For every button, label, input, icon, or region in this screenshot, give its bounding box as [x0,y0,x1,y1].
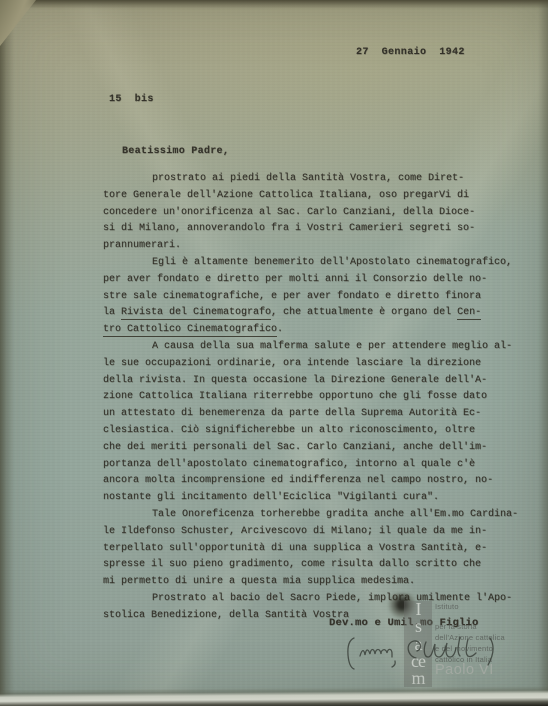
letter-line: della rivista. In questa occasione la Di… [103,373,527,390]
protocol-number: 15 bis [109,94,154,105]
letter-line: terpellato sull'opportunità di una suppl… [103,541,527,558]
scan-top-edge [0,0,548,9]
letter-line: concedere un'onorificenza al Sac. Carlo … [103,205,527,222]
letter-date: 27 Gennaio 1942 [356,47,465,58]
letter-line: A causa della sua malferma salute e per … [103,339,527,356]
letter-line: un attestato di benemerenza da parte del… [103,406,527,423]
letter-line: che dei meriti personali del Sac. Carlo … [103,440,527,457]
letter-line: spresse il suo pieno gradimento, come ri… [103,557,527,574]
stamp-line: cattolico in Italia [435,655,492,665]
stamp-line: dell'Azione cattolica [435,633,505,643]
letter-line: nostante gli incitamento dell'Eciclica "… [103,490,527,507]
letter-line: ancora molta incomprensione ed indiffere… [103,473,527,490]
letter-line: Tale Onoreficenza torherebbe gradita anc… [103,507,527,524]
stamp-letter: ce [411,654,425,669]
paper-bottom-edge [0,686,548,706]
letter-line: Egli è altamente benemerito dell'Apostol… [103,255,527,272]
letter-line: per aver fondato e diretto per molti ann… [103,272,527,289]
letter-line: la Rivista del Cinematografo, che attual… [103,305,527,322]
letter-line: portanza dell'apostolato cinematografico… [103,457,527,474]
stamp-line: e del movimento [435,644,493,654]
signature-line: Dev.mo e Umil.mo Figlio [329,617,479,629]
paper-corner-fold [0,0,36,46]
letter-line: le Ildefonso Schuster, Arcivescovo di Mi… [103,524,527,541]
letter-line: si di Milano, annoverandolo fra i Vostri… [103,221,527,238]
letter-line: tore Generale dell'Azione Cattolica Ital… [103,188,527,205]
letter-line: mi permetto di unire a questa mia suppli… [103,574,527,591]
scan-left-edge [0,0,14,706]
stamp-letter: m [411,671,424,686]
letter-line: zione Cattolica Italiana riterrebbe oppo… [103,389,527,406]
stamp-letter: a [415,637,422,652]
letter-body: prostrato ai piedi della Santità Vostra,… [103,171,527,625]
stamp-institute-name: Paolo VI [435,662,494,678]
handwritten-annotation [344,630,514,678]
letter-line: clesiastica. Ciò significherebbe un alto… [103,423,527,440]
letter-line: tro Cattolico Cinematografico. [103,322,527,339]
letter-line: prannumerari. [103,238,527,255]
salutation: Beatissimo Padre, [122,146,229,157]
letter-line: stre sale cinematografiche, e per aver f… [103,289,527,306]
letter-line: le sue occupazioni ordinarie, ora intend… [103,356,527,373]
letter-line: Prostrato al bacio del Sacro Piede, impl… [103,591,527,608]
scan-right-edge [538,0,548,706]
scanned-letter-page: 27 Gennaio 1942 15 bis Beatissimo Padre,… [0,0,548,706]
letter-line: prostrato ai piedi della Santità Vostra,… [103,171,527,188]
